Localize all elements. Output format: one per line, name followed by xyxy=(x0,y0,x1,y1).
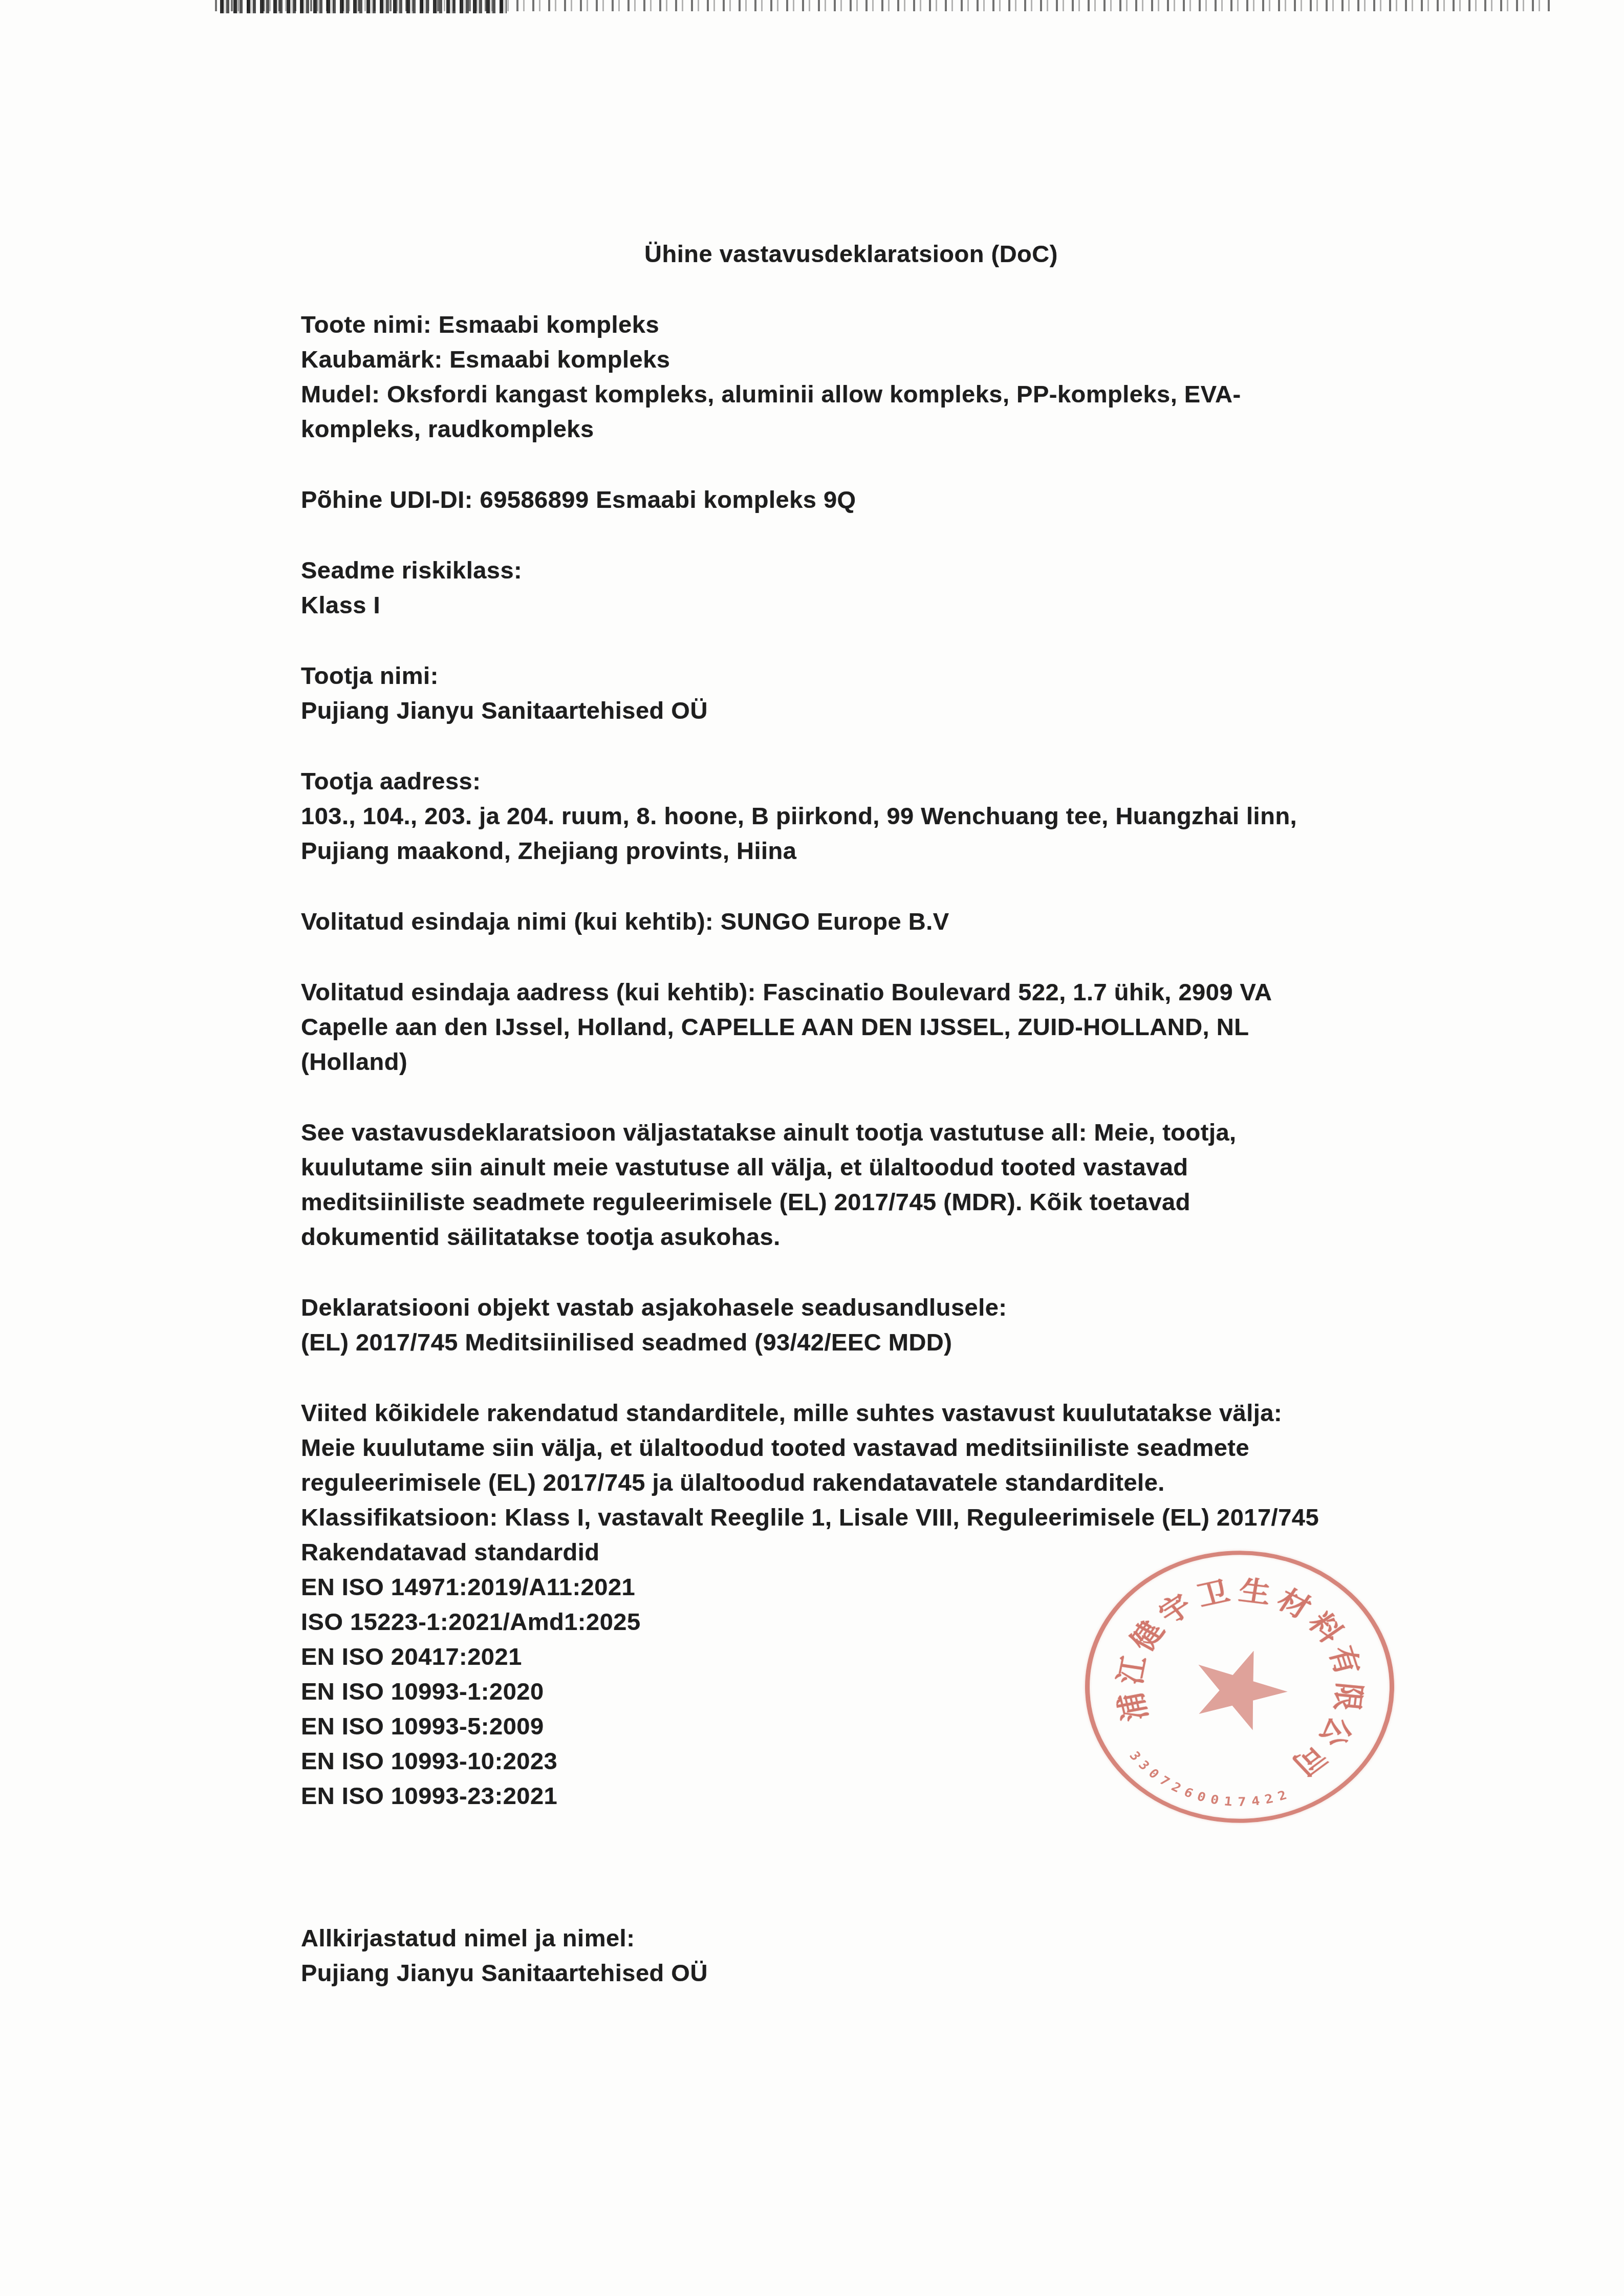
authorized-rep-address-block: Volitatud esindaja aadress (kui kehtib):… xyxy=(301,975,1478,1079)
doc-line: Seadme riskiklass: xyxy=(301,553,1478,588)
doc-line: Toote nimi: Esmaabi kompleks xyxy=(301,307,1478,342)
doc-line: Mudel: Oksfordi kangast kompleks, alumin… xyxy=(301,377,1478,412)
risk-class-block: Seadme riskiklass: Klass I xyxy=(301,553,1478,623)
doc-line: Pujiang Jianyu Sanitaartehised OÜ xyxy=(301,1956,1478,1990)
doc-line: meditsiiniliste seadmete reguleerimisele… xyxy=(301,1185,1478,1219)
doc-line: Kaubamärk: Esmaabi kompleks xyxy=(301,342,1478,377)
stamp-serial-digit: 0 xyxy=(1209,1792,1220,1808)
stamp-serial-digit: 7 xyxy=(1157,1773,1173,1789)
product-info-block: Toote nimi: Esmaabi kompleks Kaubamärk: … xyxy=(301,307,1478,446)
doc-line: Meie kuulutame siin välja, et ülaltoodud… xyxy=(301,1430,1478,1465)
doc-line: Pujiang Jianyu Sanitaartehised OÜ xyxy=(301,693,1478,728)
stamp-character: 限 xyxy=(1326,1681,1375,1713)
responsibility-statement-block: See vastavusdeklaratsioon väljastatakse … xyxy=(301,1115,1478,1254)
doc-line: Volitatud esindaja aadress (kui kehtib):… xyxy=(301,975,1478,1010)
stamp-serial-digit: 2 xyxy=(1168,1780,1183,1796)
scan-artifact-band-dense xyxy=(220,0,507,13)
legislation-block: Deklaratsiooni objekt vastab asjakohasel… xyxy=(301,1290,1478,1360)
stamp-serial-digit: 3 xyxy=(1135,1758,1153,1773)
stamp-serial-digit: 2 xyxy=(1276,1788,1289,1804)
stamp-serial-digit: 2 xyxy=(1263,1792,1275,1807)
manufacturer-address-block: Tootja aadress: 103., 104., 203. ja 204.… xyxy=(301,764,1478,868)
doc-line: Klassifikatsioon: Klass I, vastavalt Ree… xyxy=(301,1500,1478,1535)
doc-line: Klass I xyxy=(301,588,1478,623)
doc-line: kuulutame siin ainult meie vastutuse all… xyxy=(301,1150,1478,1185)
doc-line: Allkirjastatud nimel ja nimel: xyxy=(301,1921,1478,1956)
doc-line: (EL) 2017/745 Meditsiinilised seadmed (9… xyxy=(301,1325,1478,1360)
stamp-serial-digit: 7 xyxy=(1238,1795,1246,1809)
stamp-character: 江 xyxy=(1105,1653,1155,1687)
doc-line: (Holland) xyxy=(301,1044,1478,1079)
doc-line: Põhine UDI-DI: 69586899 Esmaabi kompleks… xyxy=(301,482,1478,517)
doc-line: Tootja nimi: xyxy=(301,658,1478,693)
doc-line: dokumentid säilitatakse tootja asukohas. xyxy=(301,1219,1478,1254)
document-title: Ühine vastavusdeklaratsioon (DoC) xyxy=(301,237,1478,271)
doc-line: Tootja aadress: xyxy=(301,764,1478,799)
stamp-character: 浦 xyxy=(1105,1689,1156,1725)
stamp-serial-digit: 6 xyxy=(1181,1785,1195,1801)
doc-line: Viited kõikidele rakendatud standarditel… xyxy=(301,1396,1478,1430)
authorized-rep-name-block: Volitatud esindaja nimi (kui kehtib): SU… xyxy=(301,904,1478,939)
doc-line: Capelle aan den IJssel, Holland, CAPELLE… xyxy=(301,1010,1478,1044)
doc-line: Volitatud esindaja nimi (kui kehtib): SU… xyxy=(301,904,1478,939)
doc-line: reguleerimisele (EL) 2017/745 ja ülaltoo… xyxy=(301,1465,1478,1500)
doc-line: Pujiang maakond, Zhejiang provints, Hiin… xyxy=(301,833,1478,868)
doc-line: kompleks, raudkompleks xyxy=(301,412,1478,446)
doc-line: See vastavusdeklaratsioon väljastatakse … xyxy=(301,1115,1478,1150)
doc-line: 103., 104., 203. ja 204. ruum, 8. hoone,… xyxy=(301,799,1478,833)
stamp-serial-digit: 1 xyxy=(1223,1794,1233,1809)
stamp-serial-digit: 0 xyxy=(1145,1766,1162,1782)
udi-block: Põhine UDI-DI: 69586899 Esmaabi kompleks… xyxy=(301,482,1478,517)
doc-line: Deklaratsiooni objekt vastab asjakohasel… xyxy=(301,1290,1478,1325)
stamp-serial-digit: 4 xyxy=(1250,1794,1261,1809)
signature-block: Allkirjastatud nimel ja nimel: Pujiang J… xyxy=(301,1921,1478,1990)
manufacturer-name-block: Tootja nimi: Pujiang Jianyu Sanitaartehi… xyxy=(301,658,1478,728)
stamp-character: 生 xyxy=(1236,1568,1274,1611)
stamp-character: 有 xyxy=(1320,1641,1373,1679)
stamp-serial-digit: 0 xyxy=(1195,1789,1208,1805)
stamp-character: 卫 xyxy=(1192,1569,1233,1614)
stamp-serial-digit: 3 xyxy=(1126,1749,1144,1764)
scanned-document-page: Ühine vastavusdeklaratsioon (DoC) Toote … xyxy=(0,0,1624,2296)
